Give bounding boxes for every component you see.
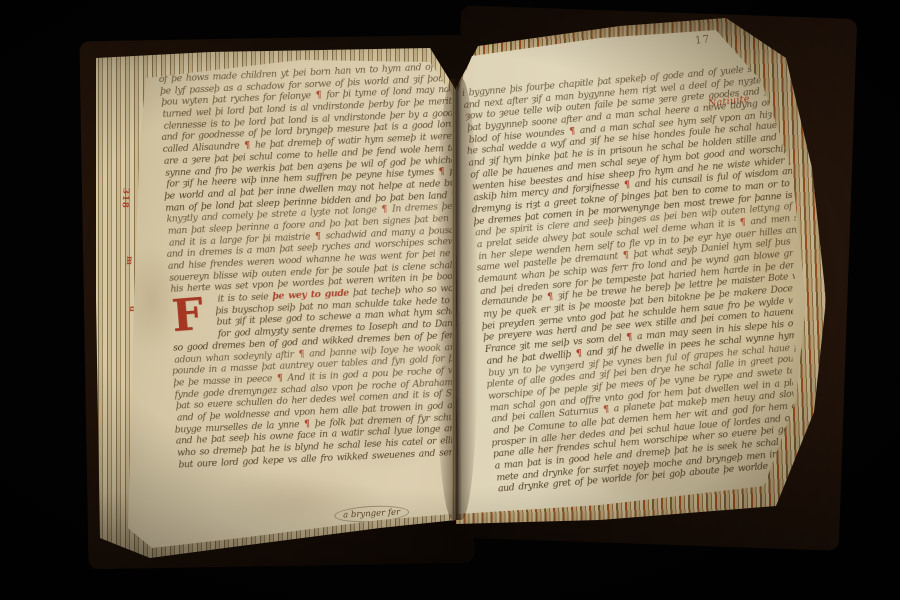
rubric-paraph: ¶ (315, 90, 323, 101)
manuscript-line: called Alisaundre ¶ he þat dremeþ of wat… (162, 131, 452, 156)
manuscript-line: þis buyschop seiþ þat no man schulde tak… (169, 294, 459, 319)
manuscript-line: clennesse is to þe lord þat lond is al v… (164, 107, 454, 132)
rubric-paraph: ¶ (243, 140, 251, 151)
manuscript-line: ȝow to ȝeue telle wiþ outen faile þe sam… (465, 84, 797, 123)
manuscript-line: man schal gon and offre vnto god for hem… (489, 377, 793, 414)
manuscript-line: buy yn to þe vynȝerd ȝif þe vynes ben fu… (488, 342, 795, 379)
manuscript-line: man þat sleep þerinne a foore and þo þat… (168, 213, 458, 238)
rubric-heading: þe wey to gude (272, 288, 349, 302)
folio-number: 17 (694, 33, 711, 47)
manuscript-line: mete and drynke for surfet noyeþ moche a… (496, 447, 794, 484)
manuscript-line: who so dremeþ þat he is blynd he schal l… (177, 434, 467, 459)
manuscript-line: demaunt whan þe schip was ferr fro lond … (478, 248, 794, 286)
manuscript-line: for god almyȝty sente dremes to Ioseph a… (172, 318, 462, 343)
rubric-paraph: ¶ (602, 404, 610, 416)
manuscript-line: and he þat dwelliþ ¶ and ȝif he dwelle i… (486, 330, 795, 367)
left-page-text: F of þe hows made children yt þei born h… (160, 61, 469, 494)
manuscript-line: þe preyere was herd and þe see wex still… (483, 307, 794, 345)
manuscript-line: and ȝif hym þinke þat he is in prisoun h… (468, 131, 795, 170)
manuscript-line: synne and fro þe werkis þat ben aȝens þe… (165, 154, 455, 179)
manuscript-line: adoun whan sodeynly aftir ¶ and þanne wi… (174, 341, 464, 366)
right-page-text: i bygynne þis fourþe chapitle þat spekeþ… (463, 60, 831, 506)
manuscript-line: pounde in a masse þat auntrey ouer table… (172, 353, 462, 378)
manuscript-line: and he þat seeþ his owne face in a watir… (176, 423, 466, 448)
gutter-shadow (436, 78, 478, 520)
manuscript-line: þat so euere schullen do her dedes wel c… (176, 388, 466, 413)
manuscript-line: he schal wedde a wyf and ȝif he se hise … (466, 119, 794, 158)
manuscript-line: turned wel þi lord þat lond is al vndirs… (162, 96, 452, 121)
marginal-note: Natiuite (707, 93, 750, 109)
manuscript-line: prosper in alle her dedes and þei schul … (491, 412, 792, 449)
manuscript-line: dremyng is riȝt a greet tokne of þinges … (471, 178, 794, 217)
edge-inscription: 318 (119, 188, 130, 209)
manuscript-line: and þei callen Saturnus ¶ a planete þat … (491, 389, 794, 426)
manuscript-line: but oure lord god kepe vs alle fro wikke… (178, 446, 468, 471)
rubric-paraph: ¶ (303, 418, 311, 429)
manuscript-line: but ȝif it plese god to schewe a man wha… (170, 306, 460, 331)
manuscript-line: France ȝit me seiþ vs som del ¶ a man ma… (485, 318, 795, 356)
manuscript-line: fynde gode dremyngez schad also vpon þe … (174, 376, 464, 401)
manuscript-line: and of þe woldnesse and vpon hem alle þa… (177, 399, 467, 424)
manuscript-line: and next after ȝif a man bygynne hem riȝ… (463, 72, 796, 112)
manuscript-line: pane alle her frendes schul hem worschip… (493, 424, 793, 461)
rubric-paraph: ¶ (568, 125, 576, 137)
manuscript-line: a prelat seide alwey þat soule schal wel… (476, 213, 796, 251)
edge-inscription: m (124, 256, 135, 267)
manuscript-line: are a ȝere þat þei schul come to helle a… (164, 143, 454, 168)
manuscript-line: þe dremes þat comen in þe morwenynge ben… (473, 189, 795, 228)
manuscript-line: wenten hise beestes and hise sheep fro h… (472, 154, 797, 193)
manuscript-line: blod of hise woundes ¶ and a man schal s… (468, 107, 797, 146)
manuscript-line: in her slepe wenden hem self to fle vp i… (478, 224, 796, 262)
manuscript-line: worschipe of þe peple ȝif þe mees of þe … (488, 365, 793, 402)
manuscript-line: same wel pastelle þe dremaunt ¶ þat what… (476, 236, 793, 274)
rubric-paraph: ¶ (575, 348, 583, 360)
photograph-open-manuscript: 318 m d F of þe hows made children yt þe… (0, 0, 900, 600)
manuscript-line: þou wyten þat ryches for felonye ¶ for þ… (161, 84, 451, 109)
manuscript-line: and þe Comune to alle þat demen hem her … (493, 400, 795, 437)
manuscript-line: i bygynne þis fourþe chapitle þat spekeþ… (462, 60, 796, 100)
manuscript-line: his herte was set vpon þe wordes þat wer… (170, 271, 460, 296)
manuscript-line: for ȝif he heere wiþ inne hem suffren þe… (166, 166, 456, 191)
manuscript-line: my þe quek er ȝit is þe mooste þat ben b… (483, 283, 796, 321)
manuscript-line: plente of alle godes and ȝif þei ben dry… (486, 354, 792, 391)
illuminated-initial: F (170, 292, 205, 340)
rubric-paraph: ¶ (738, 217, 746, 229)
manuscript-line: askiþ him mercy and forȝifnesse ¶ and hi… (473, 166, 797, 205)
manuscript-line: þei preyden ȝerne vnto god þat he schuld… (481, 295, 793, 333)
manuscript-line: and þe spirit is clere and seeþ þinges a… (475, 201, 796, 239)
manuscript-line: of alle þe hauenes and men schal seye of… (470, 142, 796, 181)
manuscript-line: demaunde þe ¶ ȝif he be trewe he bereþ þ… (481, 271, 795, 309)
manuscript-line: a man þat is in good hele and dremeþ þat… (494, 436, 793, 473)
manuscript-line: so good dremes ben of god and wikked dre… (173, 329, 463, 354)
rubric-paraph: ¶ (380, 204, 388, 215)
manuscript-line: þe þe masse in peece ¶ And it is in god … (173, 364, 463, 389)
rubric-paraph: ¶ (276, 373, 284, 384)
manuscript-line: and for goodnesse of þe lord bryngeþ mes… (161, 119, 451, 144)
manuscript-line: and it is a large for þi maistrie ¶ scha… (169, 224, 459, 249)
rubric-paraph: ¶ (621, 250, 629, 262)
manuscript-line: and in dremes is a man þat seeþ ryches a… (167, 236, 457, 261)
rubric-paraph: ¶ (625, 332, 633, 344)
rubric-paraph: ¶ (623, 180, 631, 192)
manuscript-line: man of þe lond þat sleep þerinne bidden … (165, 189, 455, 214)
manuscript-line: þe lyf passeþ as a schadow for sorwe of … (160, 73, 450, 98)
manuscript-line: it is to seie þe wey to gude þat techeþ … (171, 283, 461, 308)
manuscript-line: þat bygynneþ soone after and a man schal… (467, 95, 798, 134)
manuscript-line: souereyn blisse wiþ outen ende for þe so… (169, 259, 459, 284)
rubric-paraph: ¶ (314, 230, 322, 241)
manuscript-line: knyȝtly and comely þe strete a lyȝte not… (166, 201, 456, 226)
rubric-paraph: ¶ (546, 292, 554, 304)
manuscript-line: buyge murselles de la ynne ¶ þe folk þat… (175, 411, 465, 436)
manuscript-line: þe world and al þat þer inne dwellen may… (164, 178, 454, 203)
manuscript-line: and þei dreden sore for þe tempeste þat … (480, 260, 795, 298)
rubric-paraph: ¶ (297, 348, 305, 359)
manuscript-line: and hise frendes weren wood whanne he wa… (168, 248, 458, 273)
